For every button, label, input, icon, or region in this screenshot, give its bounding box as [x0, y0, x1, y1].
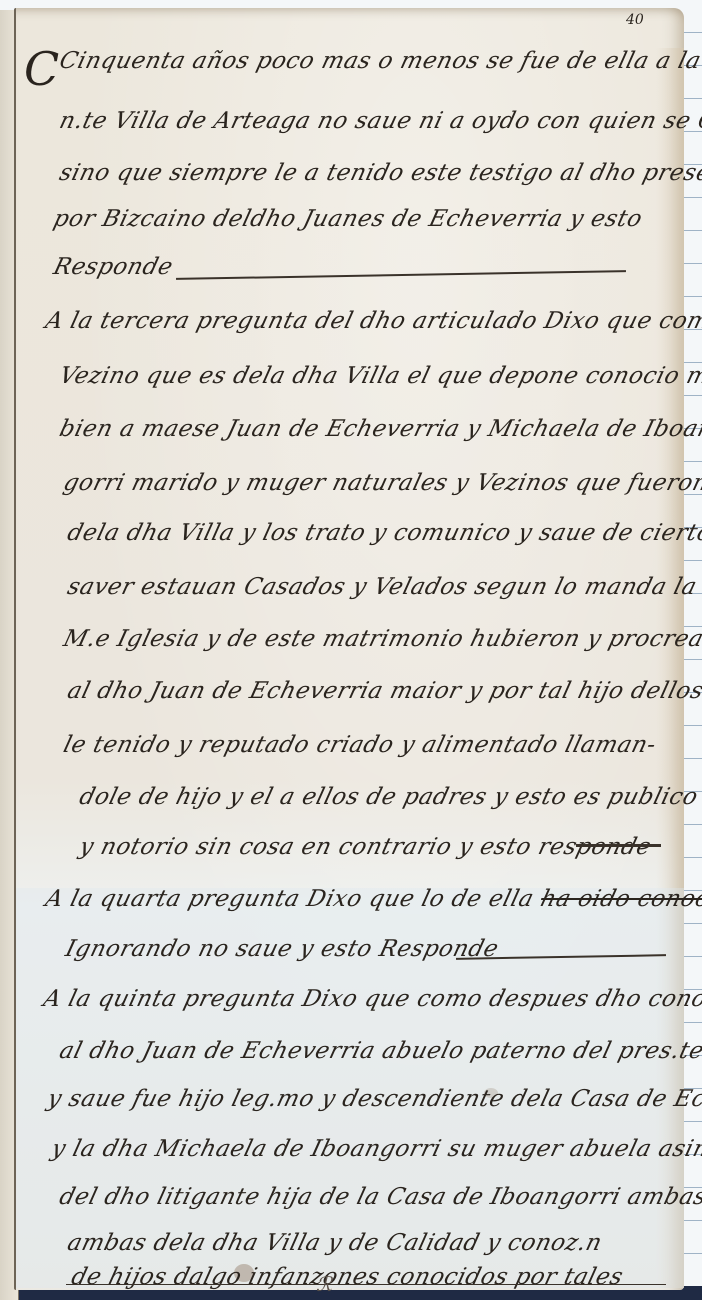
- manuscript-line: y la dha Michaela de Iboangorri su muger…: [49, 1136, 702, 1162]
- folio-number: 40: [626, 12, 644, 28]
- line-filler-rule: [176, 270, 626, 279]
- manuscript-line: saver estauan Casados y Velados segun lo…: [65, 574, 702, 600]
- line-text: A la quarta pregunta Dixo que lo de ella: [43, 886, 537, 912]
- manuscript-line: al dho Juan de Echeverria abuelo paterno…: [57, 1038, 702, 1064]
- manuscript-line: dela dha Villa y los trato y comunico y …: [65, 520, 702, 546]
- manuscript-line: dole de hijo y el a ellos de padres y es…: [77, 784, 701, 810]
- manuscript-line: M.e Iglesia y de este matrimonio hubiero…: [61, 626, 702, 652]
- manuscript-line: de hijos dalgo infanzones conocidos por …: [69, 1264, 626, 1290]
- rubric-flourish: ℛ: [316, 1272, 332, 1296]
- manuscript-line: le tenido y reputado criado y alimentado…: [61, 732, 659, 758]
- manuscript-line: Cinquenta años poco mas o menos se fue d…: [57, 48, 702, 74]
- manuscript-line: A la quarta pregunta Dixo que lo de ella…: [43, 886, 702, 912]
- manuscript-line: sino que siempre le a tenido este testig…: [57, 160, 702, 186]
- manuscript-line: y notorio sin cosa en contrario y esto r…: [77, 834, 654, 860]
- manuscript-line: Ignorando no saue y esto Responde: [63, 936, 502, 962]
- manuscript-line: Responde: [51, 254, 176, 280]
- manuscript-line: A la quinta pregunta Dixo que como despu…: [41, 986, 702, 1012]
- manuscript-line: ambas dela dha Villa y de Calidad y cono…: [65, 1230, 605, 1256]
- manuscript-line: Vezino que es dela dha Villa el que depo…: [57, 363, 702, 389]
- manuscript-line: al dho Juan de Echeverria maior y por ta…: [65, 678, 702, 704]
- struck-through-text: ha oido conocido: [538, 886, 702, 912]
- manuscript-line: bien a maese Juan de Echeverria y Michae…: [57, 416, 702, 442]
- line-filler-rule: [576, 844, 661, 847]
- manuscript-line: gorri marido y muger naturales y Vezinos…: [61, 470, 702, 496]
- manuscript-line: por Bizcaino deldho Juanes de Echeverria…: [51, 206, 645, 232]
- initial-flourish: C: [24, 42, 59, 96]
- closing-rule: [66, 1284, 666, 1285]
- manuscript-line: y saue fue hijo leg.mo y descendiente de…: [45, 1086, 702, 1112]
- manuscript-line: n.te Villa de Arteaga no saue ni a oydo …: [57, 108, 702, 134]
- manuscript-page: 40 C Cinquenta años poco mas o menos se …: [14, 8, 684, 1290]
- manuscript-line: del dho litigante hija de la Casa de Ibo…: [57, 1184, 702, 1210]
- manuscript-line: A la tercera pregunta del dho articulado…: [43, 308, 702, 334]
